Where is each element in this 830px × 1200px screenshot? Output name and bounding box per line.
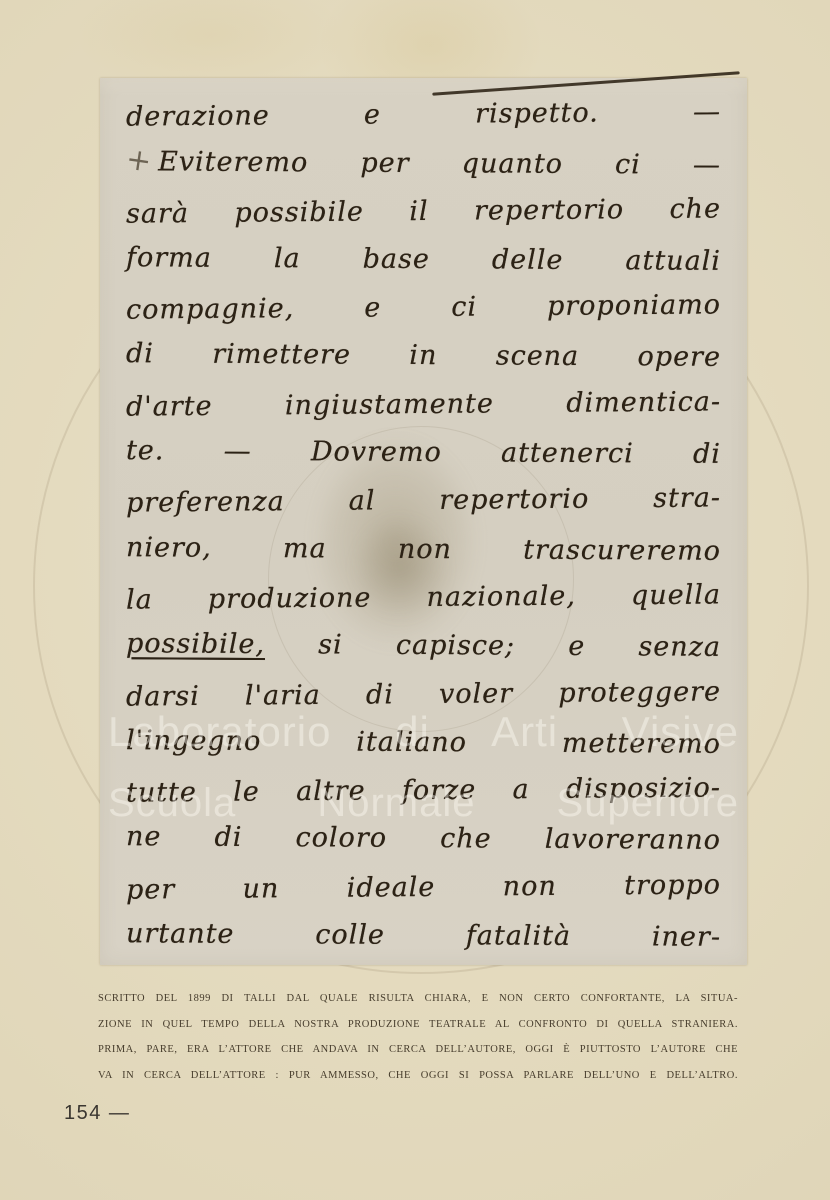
caption-block: SCRITTO DEL 1899 DI TALLI DAL QUALE RISU… [98,986,738,1088]
handwritten-line: di rimettere in scena opere [126,330,721,382]
handwritten-line-text: si capisce; e senza [318,630,721,663]
handwritten-line: compagnie, e ci proponiamo [126,281,721,334]
manuscript-photo: derazione e rispetto. — +Eviteremo per q… [100,78,747,965]
handwritten-line: +Eviteremo per quanto ci — [126,136,721,188]
handwritten-line: te. — Dovremo attenerci di [126,426,721,478]
handwritten-line: sarà possibile il repertorio che [126,184,721,237]
watermark-text-line2: Scuola Normale Superiore [108,782,739,834]
handwritten-line: possibile, si capisce; e senza [126,619,721,671]
book-page-scan: derazione e rispetto. — +Eviteremo per q… [0,0,830,1200]
handwritten-line: forma la base delle attuali [126,233,721,285]
handwritten-line: urtante colle fatalità iner- [126,909,721,961]
handwritten-line: la produzione nazionale, quella [126,570,721,623]
handwritten-line-text: Eviteremo per quanto ci — [158,147,721,181]
handwritten-line: per un ideale non troppo [126,860,721,913]
underlined-word: possibile, [126,628,265,660]
caption-line: SCRITTO DEL 1899 DI TALLI DAL QUALE RISU… [98,986,738,1012]
caption-line: ZIONE IN QUEL TEMPO DELLA NOSTRA PRODUZI… [98,1012,738,1038]
caption-line: VA IN CERCA DELL’ATTORE : PUR AMMESSO, C… [98,1063,738,1089]
handwritten-line: niero, ma non trascureremo [126,523,721,575]
page-number: 154 — [64,1102,130,1125]
handwritten-line: d'arte ingiustamente dimentica- [126,377,721,430]
handwritten-line: preferenza al repertorio stra- [126,474,721,527]
watermark-text-line1: Laboratorio di Arti Visive [108,710,739,762]
margin-cross-mark: + [123,135,156,188]
caption-line: PRIMA, PARE, ERA L’ATTORE CHE ANDAVA IN … [98,1037,738,1063]
handwritten-line: derazione e rispetto. — [126,87,721,140]
